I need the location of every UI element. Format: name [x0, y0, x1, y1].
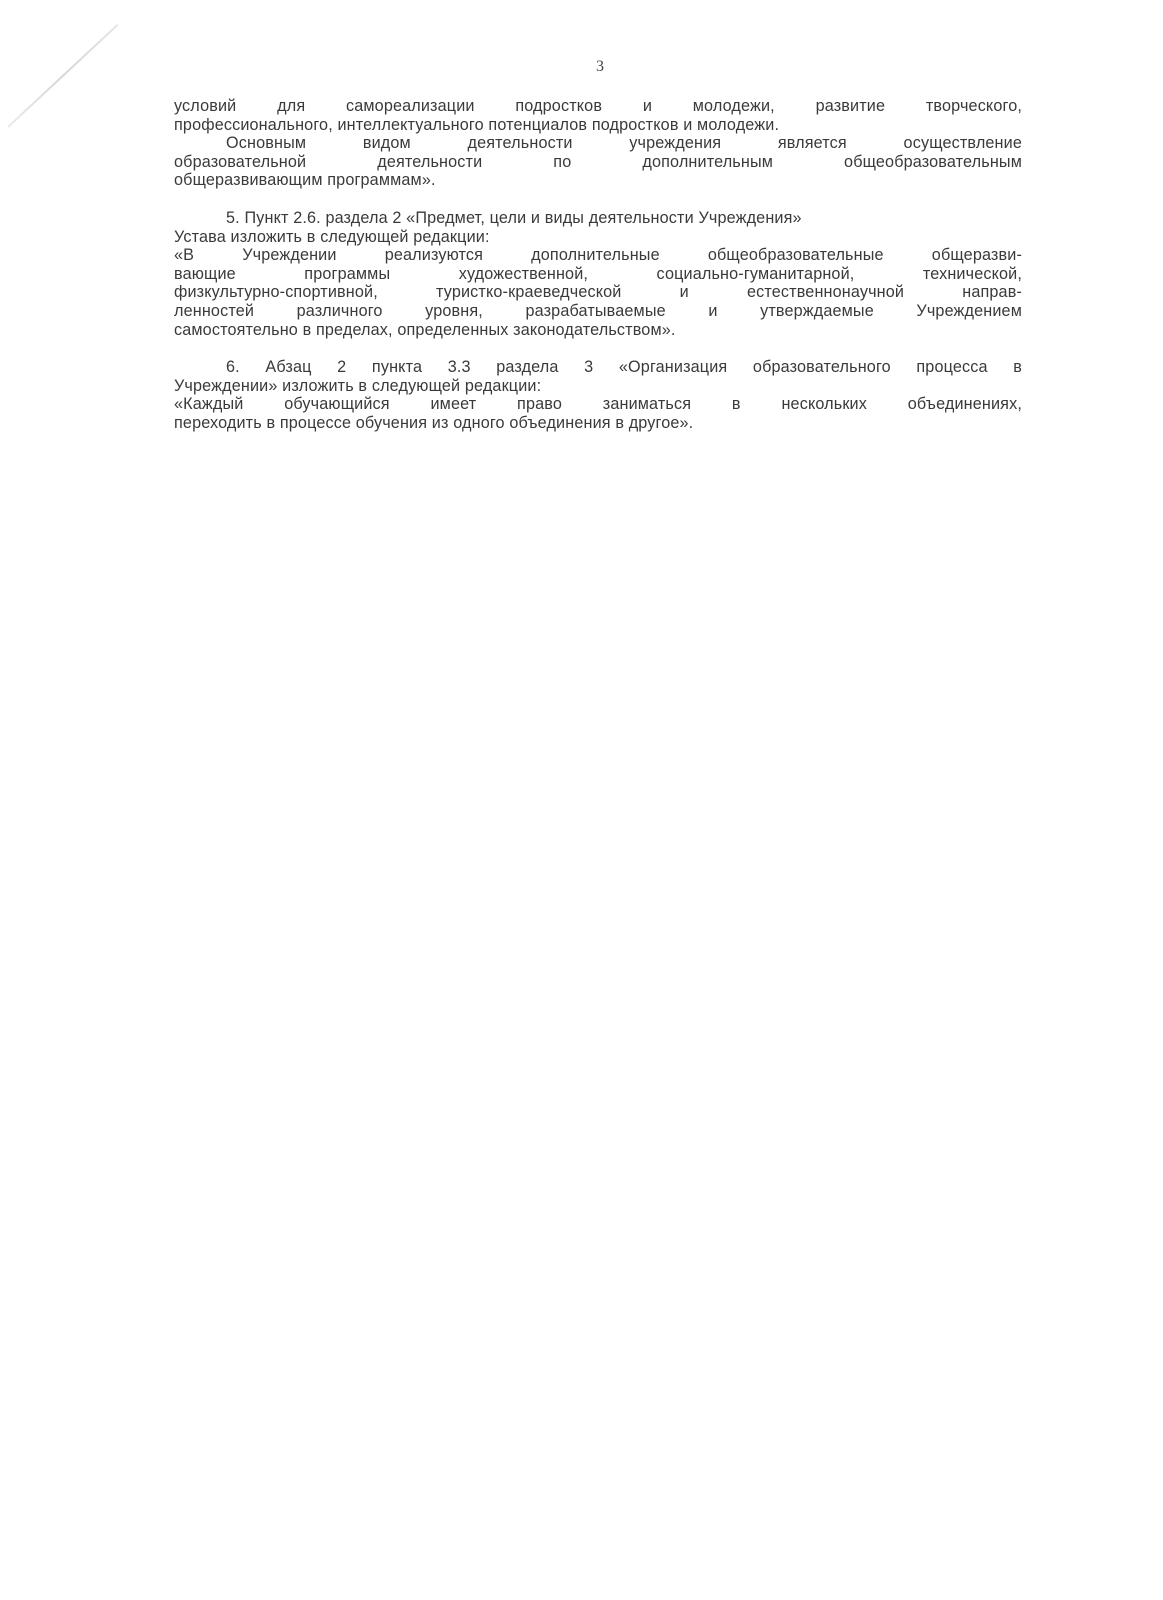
page-number: 3 — [0, 58, 1163, 76]
quote-line: «Каждый обучающийся имеет право занимать… — [174, 395, 1022, 414]
quote-line: ленностей различного уровня, разрабатыва… — [174, 302, 1022, 321]
text-line: условий для самореализации подростков и … — [174, 97, 1022, 116]
text-line: Основным видом деятельности учреждения я… — [174, 134, 1022, 153]
text-line: образовательной деятельности по дополнит… — [174, 153, 1022, 172]
paragraph-gap — [174, 339, 1022, 358]
quote-line: самостоятельно в пределах, определенных … — [174, 321, 1022, 340]
document-body: условий для самореализации подростков и … — [174, 97, 1022, 433]
item-heading-line: Учреждении» изложить в следующей редакци… — [174, 377, 1022, 396]
item-heading-line: 5. Пункт 2.6. раздела 2 «Предмет, цели и… — [174, 209, 1022, 228]
quote-line: переходить в процессе обучения из одного… — [174, 414, 1022, 433]
paragraph-gap — [174, 190, 1022, 209]
text-line: профессионального, интеллектуального пот… — [174, 116, 1022, 135]
item-heading-line: 6. Абзац 2 пункта 3.3 раздела 3 «Организ… — [174, 358, 1022, 377]
text-line: общеразвивающим программам». — [174, 171, 1022, 190]
item-heading-line: Устава изложить в следующей редакции: — [174, 228, 1022, 247]
amendment-item-5: 5. Пункт 2.6. раздела 2 «Предмет, цели и… — [174, 209, 1022, 339]
quote-line: «В Учреждении реализуются дополнительные… — [174, 246, 1022, 265]
quote-line: вающие программы художественной, социаль… — [174, 265, 1022, 284]
paragraph-continuation: условий для самореализации подростков и … — [174, 97, 1022, 134]
quote-line: физкультурно-спортивной, туристко-краеве… — [174, 283, 1022, 302]
paragraph-main-activity: Основным видом деятельности учреждения я… — [174, 134, 1022, 190]
amendment-item-6: 6. Абзац 2 пункта 3.3 раздела 3 «Организ… — [174, 358, 1022, 432]
